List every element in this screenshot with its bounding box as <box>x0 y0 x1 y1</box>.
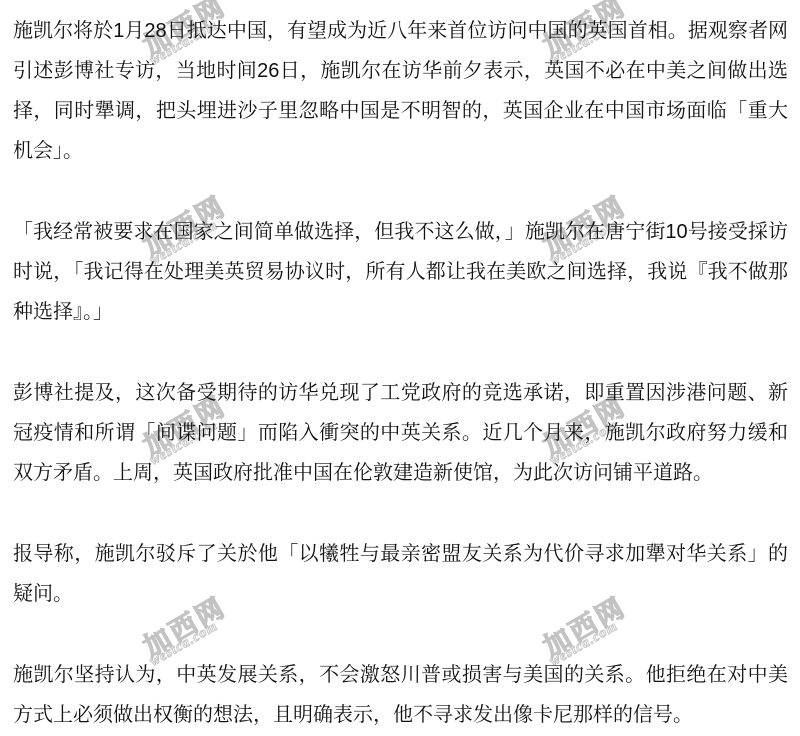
article-page: 加西网westca.com加西网westca.com加西网westca.com加… <box>0 0 800 736</box>
article-paragraph: 报导称，施凯尔驳斥了关於他「以犧牲与最亲密盟友关系为代价寻求加犟对华关系」的疑问… <box>13 534 788 614</box>
article-paragraph: 彭博社提及，这次备受期待的访华兑现了工党政府的竞选承诺，即重置因涉港问题、新冠疫… <box>13 373 788 493</box>
article-paragraph: 施凯尔坚持认为，中英发展关系，不会激怒川普或损害与美国的关系。他拒绝在对中美方式… <box>13 655 788 735</box>
article-body: 施凯尔将於1月28日抵达中国，有望成为近八年来首位访问中国的英国首相。据观察者网… <box>0 0 800 735</box>
article-paragraph: 「我经常被要求在国家之间简单做选择，但我不这么做，」施凯尔在唐宁街10号接受採访… <box>13 212 788 332</box>
article-paragraph: 施凯尔将於1月28日抵达中国，有望成为近八年来首位访问中国的英国首相。据观察者网… <box>13 11 788 171</box>
